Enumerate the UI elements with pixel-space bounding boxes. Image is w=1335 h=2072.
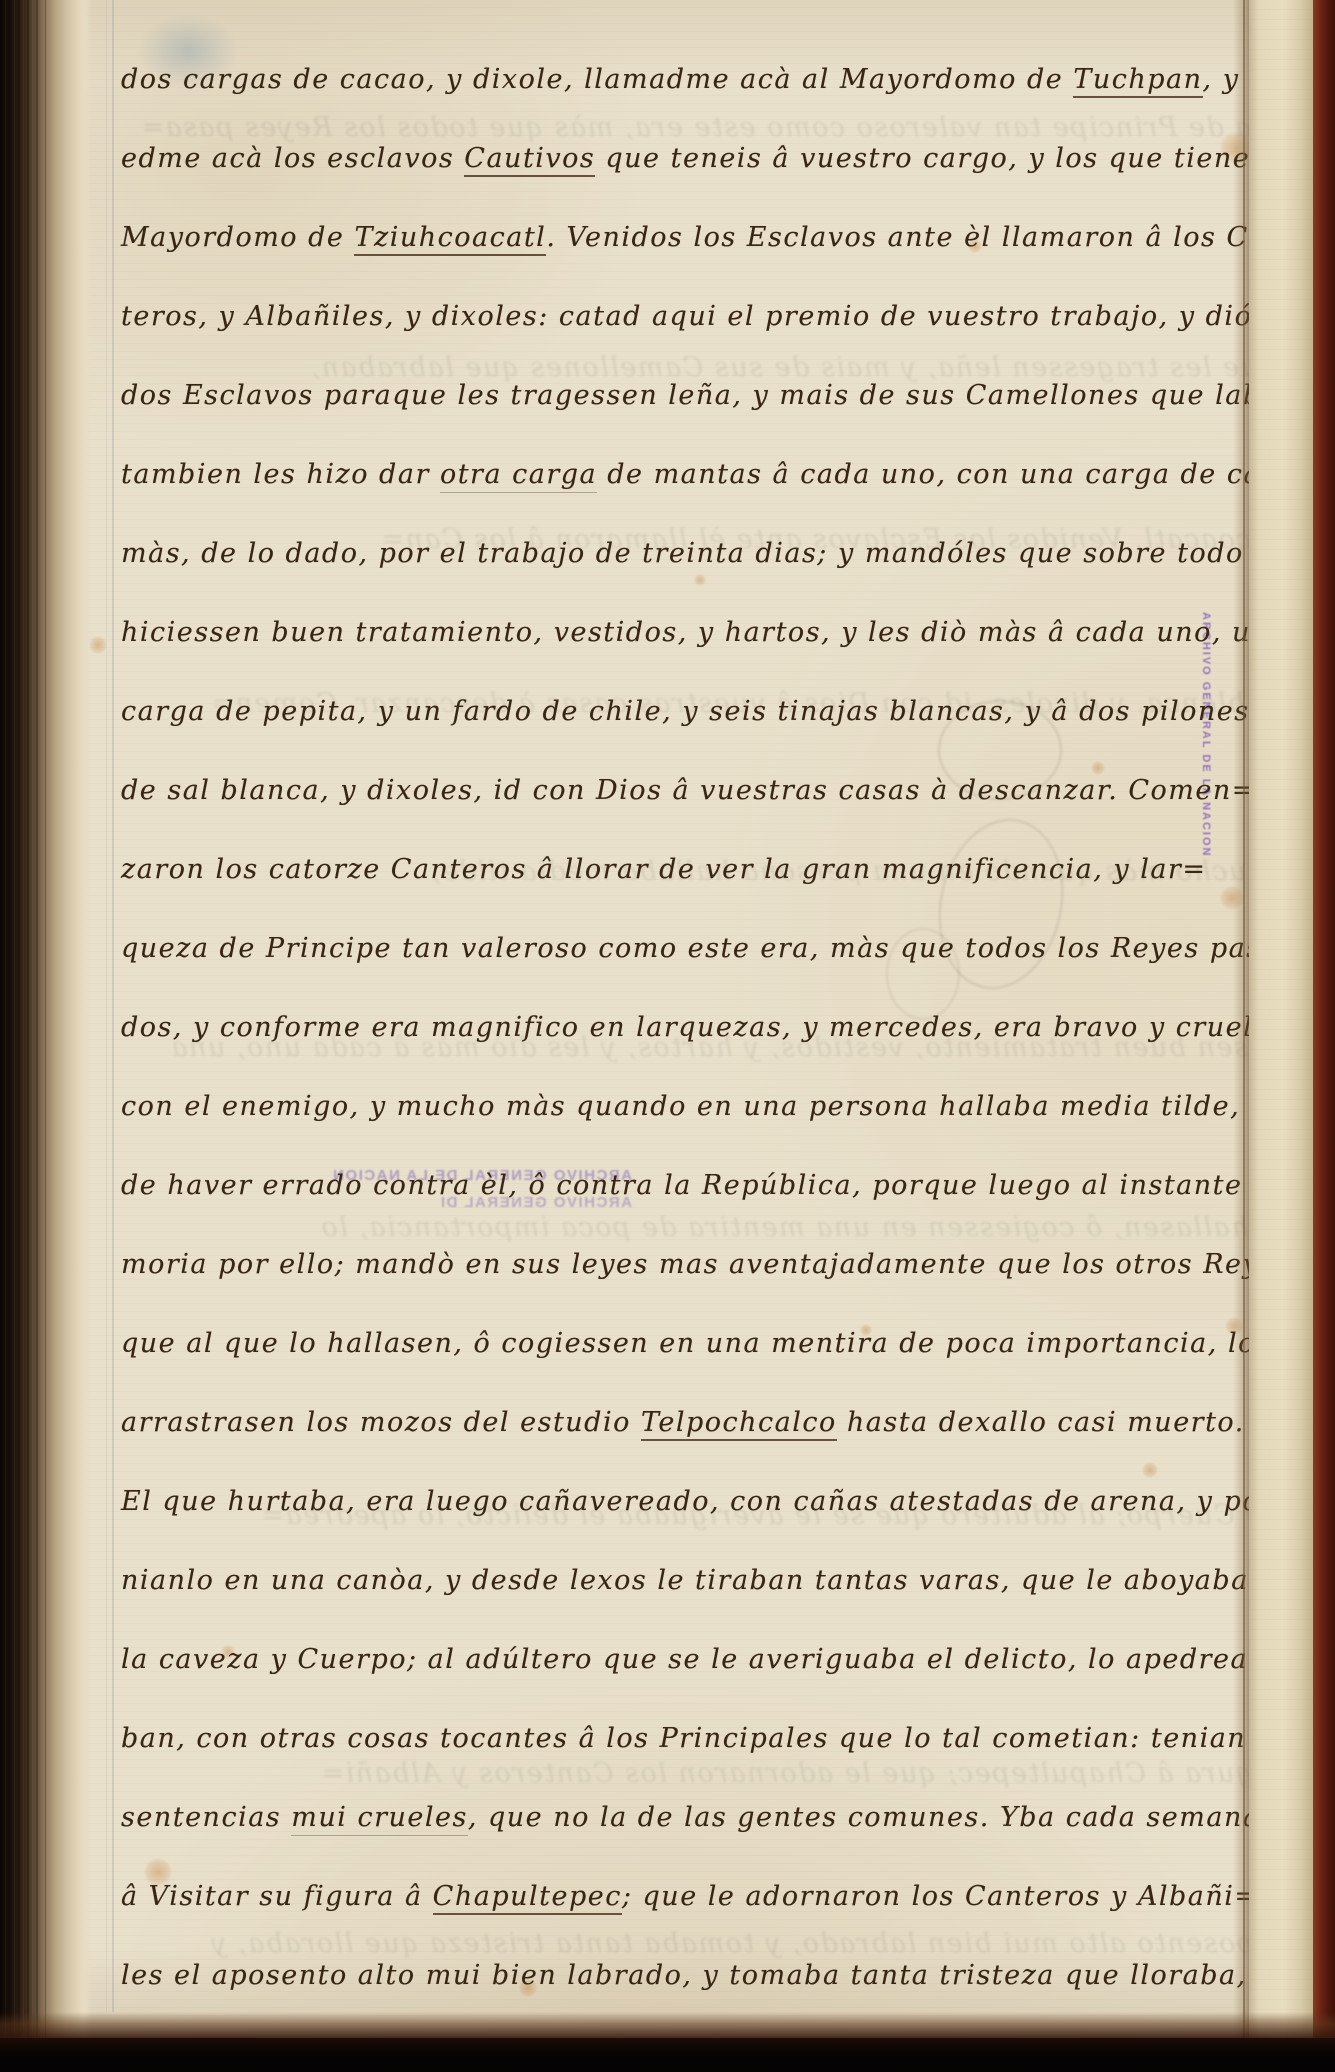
page-right-edge-shadow (1233, 0, 1249, 2072)
manuscript-scan-page: queza de Principe tan valeroso como este… (0, 0, 1335, 2072)
manuscript-line-5: dos Esclavos paraque les tragessen leña,… (121, 380, 1246, 440)
manuscript-line-25: les el aposento alto mui bien labrado, y… (121, 1960, 1246, 2020)
manuscript-line-3: Mayordomo de Tziuhcoacatl. Venidos los E… (121, 222, 1246, 282)
background-below-book (0, 2038, 1335, 2072)
manuscript-line-22: ban, con otras cosas tocantes â los Prin… (121, 1723, 1246, 1783)
manuscript-line-7: màs, de lo dado, por el trabajo de trein… (121, 538, 1246, 598)
manuscript-line-2: edme acà los esclavos Cautivos que tenei… (121, 143, 1246, 203)
manuscript-line-13: dos, y conforme era magnifico en larquez… (121, 1012, 1246, 1072)
page-right-crease (1243, 0, 1245, 2072)
manuscript-line-18: arrastrasen los mozos del estudio Telpoc… (121, 1407, 1246, 1467)
binding-page-striations (0, 0, 46, 2072)
manuscript-line-1: dos cargas de cacao, y dixole, llamadme … (121, 64, 1246, 124)
manuscript-line-11: zaron los catorze Canteros â llorar de v… (121, 854, 1246, 914)
book-cover-right-edge (1313, 0, 1335, 2072)
manuscript-line-23: sentencias mui crueles, que no la de las… (121, 1802, 1246, 1862)
manuscript-line-19: El que hurtaba, era luego cañavereado, c… (121, 1486, 1246, 1546)
manuscript-line-12: queza de Principe tan valeroso como este… (121, 933, 1246, 993)
manuscript-line-10: de sal blanca, y dixoles, id con Dios â … (121, 775, 1246, 835)
manuscript-line-4: teros, y Albañiles, y dixoles: catad aqu… (121, 301, 1246, 361)
manuscript-line-9: carga de pepita, y un fardo de chile, y … (121, 696, 1246, 756)
manuscript-line-24: â Visitar su figura â Chapultepec; que l… (121, 1881, 1246, 1941)
manuscript-text-block: dos cargas de cacao, y dixole, llamadme … (0, 0, 1335, 2072)
manuscript-line-8: hiciessen buen tratamiento, vestidos, y … (121, 617, 1246, 677)
manuscript-line-6: tambien les hizo dar otra carga de manta… (121, 459, 1246, 519)
manuscript-line-17: que al que lo hallasen, ô cogiessen en u… (121, 1328, 1246, 1388)
manuscript-line-20: nianlo en una canòa, y desde lexos le ti… (121, 1565, 1246, 1625)
manuscript-line-15: de haver errado contra èl, ô contra la R… (121, 1170, 1246, 1230)
manuscript-line-21: la caveza y Cuerpo; al adúltero que se l… (121, 1644, 1246, 1704)
underlying-page-texture (1249, 0, 1313, 2072)
manuscript-line-14: con el enemigo, y mucho màs quando en un… (121, 1091, 1246, 1151)
manuscript-line-16: moria por ello; mandò en sus leyes mas a… (121, 1249, 1246, 1309)
